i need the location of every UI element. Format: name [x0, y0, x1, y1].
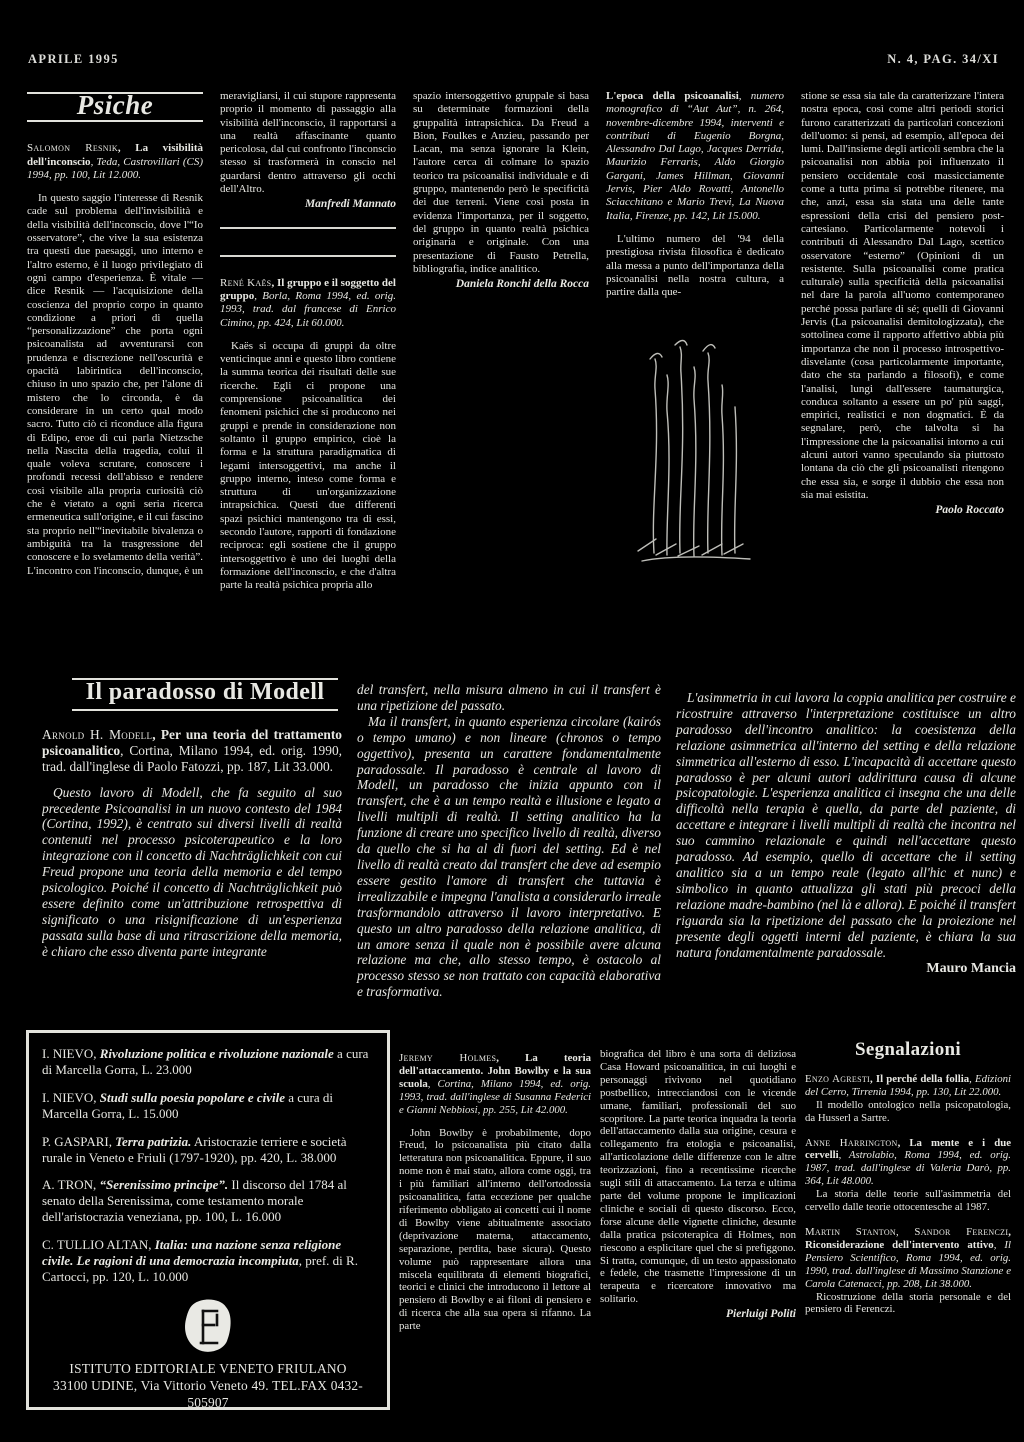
text-column-3: spazio intersoggettivo gruppale si basa … — [413, 90, 589, 672]
segnalazione-note: La storia delle teorie sull'asimmetria d… — [805, 1188, 1011, 1214]
publisher-name: ISTITUTO EDITORIALE VENETO FRIULANO — [42, 1360, 374, 1377]
book-ref-kaes: René Kaës, Il gruppo e il soggetto del g… — [220, 277, 396, 330]
review-body-continued: spazio intersoggettivo gruppale si basa … — [413, 90, 589, 276]
book-ref: Anne Harrington, La mente e i due cervel… — [805, 1137, 1011, 1189]
book-ref-resnik: Salomon Resnik, La visibilità dell'incon… — [27, 142, 203, 182]
review-body: Kaës si occupa di gruppi da oltre ventic… — [220, 340, 396, 593]
book-title: L'epoca della psicoanalisi — [606, 90, 739, 102]
ad-item-lead: I. NIEVO, — [42, 1090, 100, 1105]
modell-column-2: del transfert, nella misura almeno in cu… — [357, 668, 661, 1018]
segnalazioni-title: Segnalazioni — [805, 1044, 1011, 1057]
segnalazione-item: Enzo Agresti, Il perché della follia, Ed… — [805, 1073, 1011, 1125]
review-body-continued: del transfert, nella misura almeno in cu… — [357, 682, 661, 714]
ad-item: P. GASPARI, Terra patrizia. Aristocrazie… — [42, 1134, 374, 1166]
text-column-5: stione se essa sia tale da caratterizzar… — [801, 90, 1004, 672]
book-ref-holmes: Jeremy Holmes, La teoria dell'attaccamen… — [399, 1052, 591, 1117]
review-body: John Bowlby è probabilmente, dopo Freud,… — [399, 1127, 591, 1334]
book-details: , Cortina, Milano 1994, ed. orig. 1993, … — [399, 1078, 591, 1116]
book-ref: Enzo Agresti, Il perché della follia, Ed… — [805, 1073, 1011, 1099]
ad-item-lead: A. TRON, — [42, 1177, 100, 1192]
page-header: APRILE 1995 N. 4, PAG. 34/XI — [28, 52, 999, 67]
section-title-box: Psiche — [27, 92, 203, 122]
psiche-section: Psiche Salomon Resnik, La visibilità del… — [27, 90, 1004, 672]
text-column-2: meravigliarsi, il cui stupore rappresent… — [220, 90, 396, 672]
ad-item: I. NIEVO, Rivoluzione politica e rivoluz… — [42, 1046, 374, 1078]
book-ref-autaut: L'epoca della psicoanalisi, numero monog… — [606, 90, 784, 223]
book-title: , Il perché della follia — [870, 1073, 969, 1085]
advert-column: I. NIEVO, Rivoluzione politica e rivoluz… — [26, 1016, 390, 1442]
issue-date-label: APRILE 1995 — [28, 52, 119, 67]
book-ref: Martin Stanton, Sandor Ferenczi, Riconsi… — [805, 1226, 1011, 1291]
modell-section: Il paradosso di Modell Arnold H. Modell,… — [42, 668, 1016, 1018]
ad-item: A. TRON, “Serenissimo principe”. Il disc… — [42, 1177, 374, 1225]
book-details: , numero monografico di “Aut Aut”, n. 26… — [606, 90, 784, 222]
page-number-label: N. 4, PAG. 34/XI — [887, 52, 999, 67]
review-body: In questo saggio l'interesse di Resnik c… — [27, 192, 203, 578]
segnalazione-item: Martin Stanton, Sandor Ferenczi, Riconsi… — [805, 1226, 1011, 1316]
book-ref-modell: Arnold H. Modell, Per una teoria del tra… — [42, 727, 342, 775]
bottom-section: I. NIEVO, Rivoluzione politica e rivoluz… — [26, 1016, 1011, 1442]
review-body-continued: biografica del libro è una sorta di deli… — [600, 1048, 796, 1306]
review-body: L'asimmetria in cui lavora la coppia ana… — [676, 690, 1016, 960]
ad-item: I. NIEVO, Studi sulla poesia popolare e … — [42, 1090, 374, 1122]
section-title: Psiche — [29, 99, 201, 112]
ad-item: C. TULLIO ALTAN, Italia: una nazione sen… — [42, 1237, 374, 1285]
publisher-address: 33100 UDINE, Via Vittorio Veneto 49. TEL… — [42, 1377, 374, 1411]
segnalazione-note: Il modello ontologico nella psicopatolog… — [805, 1099, 1011, 1125]
modell-column-1: Il paradosso di Modell Arnold H. Modell,… — [42, 668, 342, 1018]
reviewer-signature: Mauro Mancia — [676, 961, 1016, 977]
holmes-column-2: biografica del libro è una sorta di deli… — [600, 1016, 796, 1442]
book-author: Anne Harrington — [805, 1137, 898, 1149]
review-body-continued: stione se essa sia tale da caratterizzar… — [801, 90, 1004, 502]
text-column-1: Psiche Salomon Resnik, La visibilità del… — [27, 90, 203, 672]
modell-column-3: L'asimmetria in cui lavora la coppia ana… — [676, 668, 1016, 1018]
publisher-logo-icon — [181, 1297, 235, 1355]
review-body: L'ultimo numero del '94 della prestigios… — [606, 233, 784, 299]
text-column-4: L'epoca della psicoanalisi, numero monog… — [606, 90, 784, 672]
book-author: Martin Stanton, Sandor Ferenczi — [805, 1226, 1008, 1238]
book-author: René Kaës — [220, 277, 271, 289]
review-body-continued: meravigliarsi, il cui stupore rappresent… — [220, 90, 396, 196]
segnalazioni-column: Segnalazioni Enzo Agresti, Il perché del… — [805, 1016, 1011, 1442]
publisher-ad-box: I. NIEVO, Rivoluzione politica e rivoluz… — [26, 1030, 390, 1410]
ad-item-title: Terra patrizia. — [115, 1134, 191, 1149]
holmes-column-1: Jeremy Holmes, La teoria dell'attaccamen… — [399, 1016, 591, 1442]
book-author: Enzo Agresti — [805, 1073, 870, 1085]
review-body: Ma il transfert, in quanto esperienza ci… — [357, 714, 661, 1000]
reviewer-signature: Daniela Ronchi della Rocca — [413, 278, 589, 291]
separator-rule — [220, 227, 396, 229]
article-title: Il paradosso di Modell — [72, 685, 338, 701]
segnalazione-item: Anne Harrington, La mente e i due cervel… — [805, 1137, 1011, 1214]
book-author: Salomon Resnik — [27, 142, 118, 154]
reviewer-signature: Paolo Roccato — [801, 504, 1004, 517]
review-body: Questo lavoro di Modell, che fa seguito … — [42, 785, 342, 960]
ad-item-lead: P. GASPARI, — [42, 1134, 115, 1149]
illustration-sketch — [620, 315, 770, 563]
ad-item-title: Studi sulla poesia popolare e civile — [100, 1090, 285, 1105]
ad-item-lead: C. TULLIO ALTAN, — [42, 1237, 155, 1252]
ad-item-lead: I. NIEVO, — [42, 1046, 100, 1061]
segnalazione-note: Ricostruzione della storia personale e d… — [805, 1291, 1011, 1317]
book-author: Jeremy Holmes — [399, 1052, 496, 1064]
ad-item-title: Rivoluzione politica e rivoluzione nazio… — [100, 1046, 334, 1061]
article-title-box: Il paradosso di Modell — [72, 678, 338, 711]
separator-rule — [220, 255, 396, 257]
ad-item-title: “Serenissimo principe”. — [100, 1177, 229, 1192]
book-author: Arnold H. Modell — [42, 727, 152, 742]
reviewer-signature: Pierluigi Politi — [600, 1308, 796, 1321]
reviewer-signature: Manfredi Mannato — [220, 198, 396, 211]
